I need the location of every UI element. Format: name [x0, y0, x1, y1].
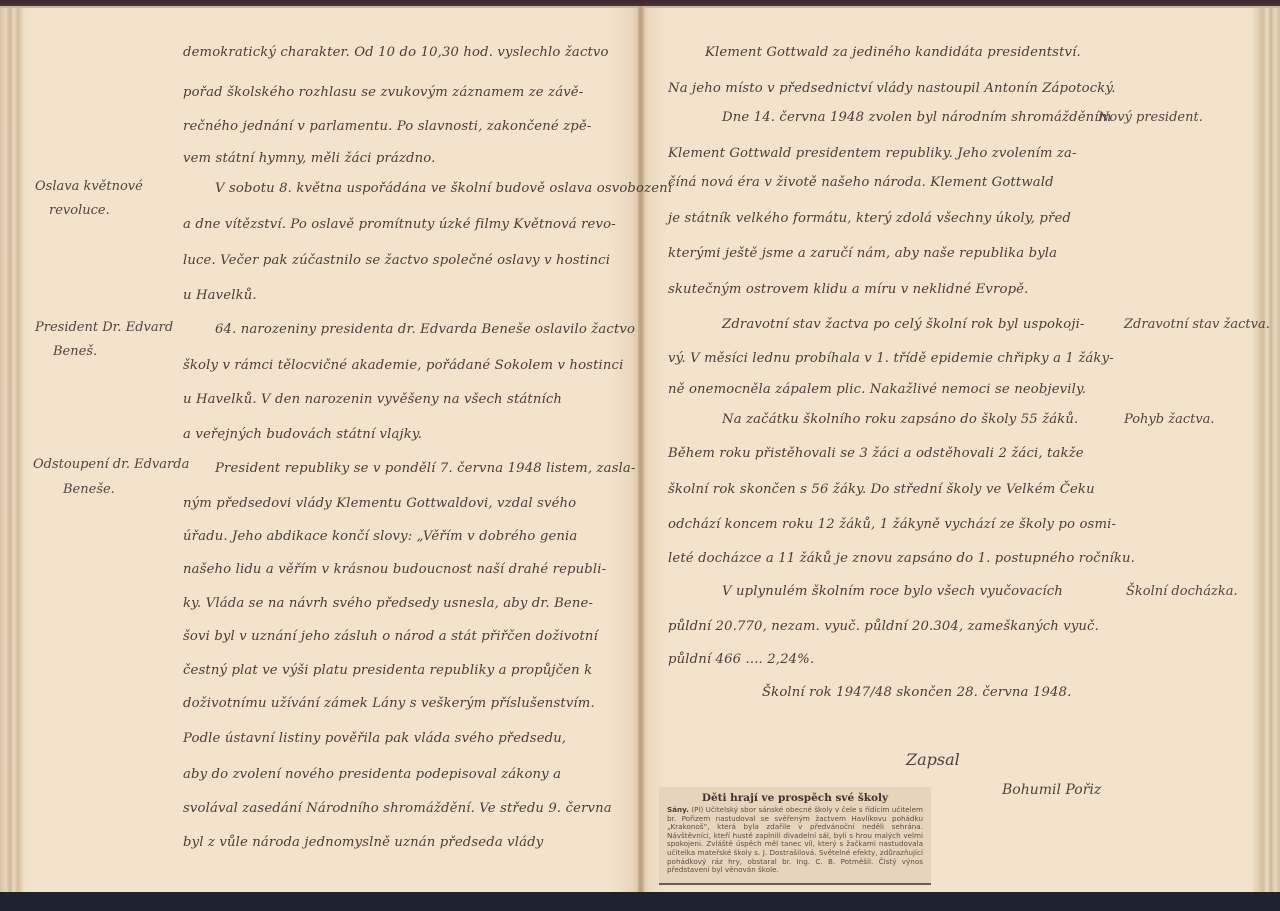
- text-line: kterými ještě jsme a zaručí nám, aby naš…: [668, 247, 1057, 260]
- text-line: luce. Večer pak zúčastnilo se žactvo spo…: [183, 254, 610, 267]
- text-line: ně onemocněla zápalem plic. Nakažlivé ne…: [668, 383, 1086, 396]
- text-line: je státník velkého formátu, který zdolá …: [668, 212, 1071, 225]
- text-line: svolával zasedání Národního shromáždění.…: [183, 802, 612, 815]
- text-line: školy v rámci tělocvičné akademie, pořád…: [183, 359, 623, 372]
- text-line: V sobotu 8. května uspořádána ve školní …: [215, 182, 672, 195]
- text-line: doživotnímu užívání zámek Lány s veškerý…: [183, 697, 595, 710]
- margin-note-line: Zdravotní stav žactva.: [1124, 318, 1270, 331]
- text-line: Během roku přistěhovali se 3 žáci a odst…: [668, 447, 1084, 460]
- margin-note-president-benes: President Dr. Edvard Beneš.: [35, 321, 173, 358]
- text-line: vý. V měsíci lednu probíhala v 1. třídě …: [668, 352, 1114, 365]
- text-line: leté docházce a 11 žáků je znovu zapsáno…: [668, 552, 1135, 565]
- text-line: rečného jednání v parlamentu. Po slavnos…: [183, 120, 591, 133]
- text-line: šovi byl v uznání jeho zásluh o národ a …: [183, 630, 598, 643]
- text-line: Klement Gottwald presidentem republiky. …: [668, 147, 1077, 160]
- text-line: 64. narozeniny presidenta dr. Edvarda Be…: [215, 323, 635, 336]
- text-line: půldní 20.770, nezam. vyuč. půldní 20.30…: [668, 620, 1099, 633]
- text-line: President republiky se v pondělí 7. červ…: [215, 462, 636, 475]
- text-line: číná nová éra v životě našeho národa. Kl…: [668, 176, 1054, 189]
- text-line: Podle ústavní listiny pověřila pak vláda…: [183, 732, 566, 745]
- book-gutter: [638, 6, 644, 892]
- margin-note-benes-resignation: Odstoupení dr. Edvarda Beneše.: [33, 458, 189, 496]
- margin-note-may-revolution: Oslava květnové revoluce.: [35, 180, 143, 217]
- text-line: u Havelků. V den narozenin vyvěšeny na v…: [183, 393, 562, 406]
- text-line: půldní 466 .... 2,24%.: [668, 653, 814, 666]
- margin-note-line: Beneše.: [63, 483, 189, 496]
- text-line: ky. Vláda se na návrh svého předsedy usn…: [183, 597, 593, 610]
- text-line: a veřejných budovách státní vlajky.: [183, 428, 422, 441]
- text-line: aby do zvolení nového presidenta podepis…: [183, 768, 561, 781]
- clipping-text: (Pl) Učitelský sbor sánské obecné školy …: [667, 805, 923, 874]
- text-line: našeho lidu a věřím v krásnou budoucnost…: [183, 563, 606, 576]
- signature-label: Zapsal: [906, 750, 960, 769]
- text-line: ným předsedovi vlády Klementu Gottwaldov…: [183, 497, 576, 510]
- text-line: úřadu. Jeho abdikace končí slovy: „Věřím…: [183, 530, 577, 543]
- margin-note-line: Pohyb žactva.: [1124, 413, 1215, 426]
- margin-note-health: Zdravotní stav žactva.: [1124, 318, 1270, 331]
- text-line: V uplynulém školním roce bylo všech vyuč…: [722, 585, 1063, 598]
- signature-name: Bohumil Pořiz: [1002, 782, 1101, 798]
- text-line: a dne vítězství. Po oslavě promítnuty úz…: [183, 218, 616, 231]
- margin-note-line: Nový president.: [1098, 111, 1203, 124]
- text-line: odchází koncem roku 12 žáků, 1 žákyně vy…: [668, 518, 1116, 531]
- margin-note-line: Odstoupení dr. Edvarda: [33, 458, 189, 471]
- text-line: skutečným ostrovem klidu a míru v neklid…: [668, 283, 1028, 296]
- margin-note-line: Beneš.: [53, 345, 173, 358]
- text-line: Zdravotní stav žactva po celý školní rok…: [722, 318, 1085, 331]
- left-page: [0, 6, 641, 892]
- text-line: Na začátku školního roku zapsáno do škol…: [722, 413, 1078, 426]
- clipping-body: Sány. (Pl) Učitelský sbor sánské obecné …: [667, 806, 923, 875]
- text-line: pořad školského rozhlasu se zvukovým záz…: [183, 86, 583, 99]
- text-line: Dne 14. června 1948 zvolen byl národním …: [722, 111, 1111, 124]
- margin-note-line: revoluce.: [49, 204, 143, 217]
- text-line: Klement Gottwald za jediného kandidáta p…: [705, 46, 1081, 59]
- text-line: vem státní hymny, měli žáci prázdno.: [183, 152, 435, 165]
- margin-note-line: Školní docházka.: [1126, 585, 1238, 598]
- margin-note-new-president: Nový president.: [1098, 111, 1203, 124]
- text-line: byl z vůle národa jednomyslně uznán před…: [183, 836, 543, 849]
- book-background: [0, 892, 1280, 911]
- margin-note-line: President Dr. Edvard: [35, 321, 173, 334]
- text-line: u Havelků.: [183, 289, 257, 302]
- text-line: Školní rok 1947/48 skončen 28. června 19…: [762, 686, 1071, 699]
- clipping-headline: Děti hrají ve prospěch své školy: [667, 792, 923, 804]
- text-line: čestný plat ve výši platu presidenta rep…: [183, 664, 592, 677]
- newspaper-clipping: Děti hrají ve prospěch své školy Sány. (…: [659, 787, 931, 885]
- margin-note-pupil-movement: Pohyb žactva.: [1124, 413, 1215, 426]
- text-line: Na jeho místo v předsednictví vlády nast…: [668, 82, 1116, 95]
- margin-note-attendance: Školní docházka.: [1126, 585, 1238, 598]
- text-line: demokratický charakter. Od 10 do 10,30 h…: [183, 46, 609, 59]
- text-line: školní rok skončen s 56 žáky. Do střední…: [668, 483, 1095, 496]
- margin-note-line: Oslava květnové: [35, 180, 143, 193]
